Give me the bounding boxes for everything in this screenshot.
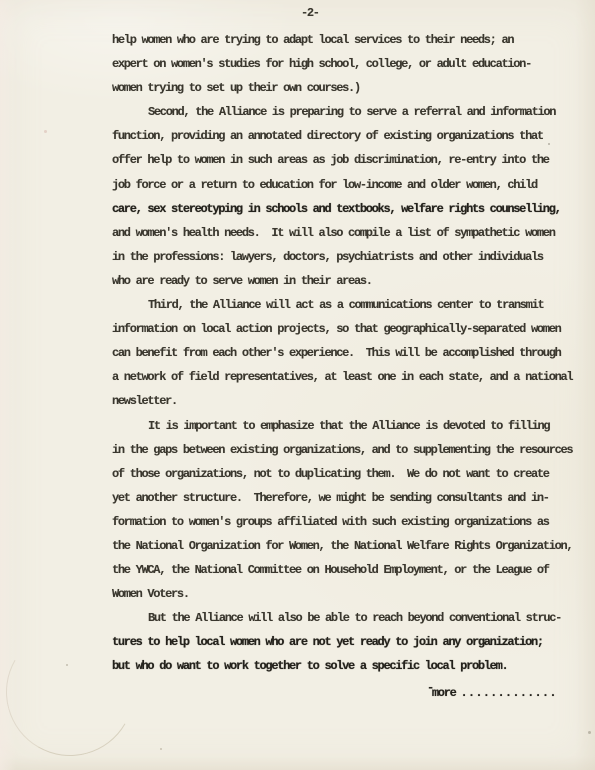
text-line: yet another structure. Therefore, we mig…: [112, 486, 582, 510]
paper-speck: [66, 664, 68, 666]
more-dash: -: [427, 681, 433, 695]
text-line: women trying to set up their own courses…: [112, 76, 582, 100]
text-line: but who do want to work together to solv…: [112, 654, 582, 678]
text-line: Third, the Alliance will act as a commun…: [112, 293, 582, 317]
text-line: can benefit from each other's experience…: [112, 341, 582, 365]
more-word: more: [432, 686, 456, 700]
text-line: in the gaps between existing organizatio…: [112, 438, 582, 462]
paper-speck: [44, 130, 47, 133]
text-line: job force or a return to education for l…: [112, 173, 582, 197]
text-line: It is important to emphasize that the Al…: [112, 414, 582, 438]
text-line: formation to women's groups affiliated w…: [112, 510, 582, 534]
scanned-document-page: -2- help women who are trying to adapt l…: [0, 0, 595, 770]
text-line: care, sex stereotyping in schools and te…: [112, 197, 582, 221]
text-line: tures to help local women who are not ye…: [112, 630, 582, 654]
text-line: But the Alliance will also be able to re…: [112, 606, 582, 630]
text-line: and women's health needs. It will also c…: [112, 221, 582, 245]
text-line: newsletter.: [112, 389, 582, 413]
more-dots: .............: [461, 686, 557, 700]
text-line: the YWCA, the National Committee on Hous…: [112, 558, 582, 582]
more-marker: -more.............: [427, 686, 557, 700]
text-line: Second, the Alliance is preparing to ser…: [112, 100, 582, 124]
text-line: offer help to women in such areas as job…: [112, 148, 582, 172]
page-number: -2-: [301, 6, 319, 20]
text-line: function, providing an annotated directo…: [112, 124, 582, 148]
paper-speck: [160, 748, 162, 750]
text-line: a network of field representatives, at l…: [112, 365, 582, 389]
typewritten-text: help women who are trying to adapt local…: [112, 28, 582, 679]
text-line: in the professions: lawyers, doctors, ps…: [112, 245, 582, 269]
text-line: help women who are trying to adapt local…: [112, 28, 582, 52]
paper-speck: [588, 731, 591, 734]
text-line: Women Voters.: [112, 582, 582, 606]
text-line: who are ready to serve women in their ar…: [112, 269, 582, 293]
text-line: information on local action projects, so…: [112, 317, 582, 341]
text-line: the National Organization for Women, the…: [112, 534, 582, 558]
text-line: of those organizations, not to duplicati…: [112, 462, 582, 486]
text-line: expert on women's studies for high schoo…: [112, 52, 582, 76]
